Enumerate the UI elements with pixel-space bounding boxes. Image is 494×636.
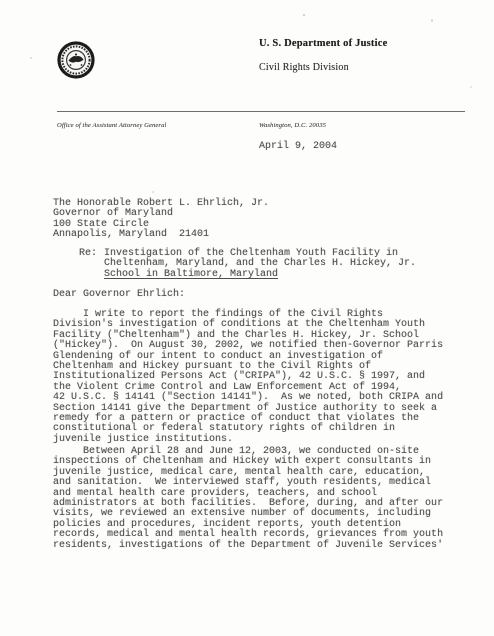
letter-page: U. S. Department of Justice Civil Rights… <box>0 0 494 636</box>
scan-speck <box>431 19 433 22</box>
scan-speck <box>303 14 305 16</box>
scan-speck <box>152 191 154 193</box>
header-divider <box>57 111 465 112</box>
scan-speck <box>30 57 32 59</box>
body-paragraph-1: I write to report the findings of the Ci… <box>53 310 443 445</box>
re-subject-line-underlined: School in Baltimore, Maryland <box>104 270 416 280</box>
body-paragraph-2: Between April 28 and June 12, 2003, we c… <box>53 447 443 551</box>
recipient-address: The Honorable Robert L. Ehrlich, Jr. Gov… <box>53 199 269 241</box>
scan-speck <box>470 86 472 88</box>
location-label: Washington, D.C. 20035 <box>259 122 326 129</box>
department-title: U. S. Department of Justice <box>259 38 387 49</box>
letter-date: April 9, 2004 <box>259 142 337 152</box>
division-title: Civil Rights Division <box>259 62 349 73</box>
salutation: Dear Governor Ehrlich: <box>53 290 185 300</box>
office-of-aag-label: Office of the Assistant Attorney General <box>57 122 166 129</box>
re-label: Re: <box>79 249 97 259</box>
re-subject-block: Investigation of the Cheltenham Youth Fa… <box>104 249 416 280</box>
doj-seal-icon <box>57 41 95 79</box>
